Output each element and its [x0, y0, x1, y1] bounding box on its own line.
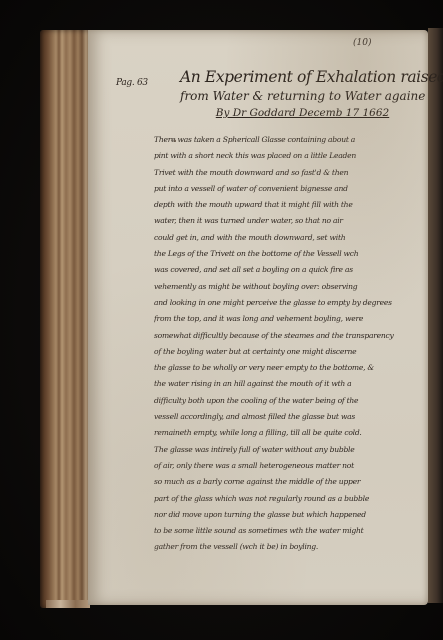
body-line: the glasse to be wholly or very neer emp…	[154, 360, 424, 376]
body-line: somewhat difficultly because of the stea…	[154, 328, 424, 344]
margin-note: Pag. 63	[116, 78, 148, 88]
body-line: depth with the mouth upward that it migh…	[154, 197, 424, 213]
body-line: and looking in one might perceive the gl…	[154, 295, 424, 311]
body-line: from the top, and it was long and veheme…	[154, 311, 424, 327]
body-line: The glasse was intirely full of water wi…	[154, 442, 424, 458]
body-line: Trivet with the mouth downward and so fa…	[154, 165, 424, 181]
body-text: There was taken a Sphericall Glasse cont…	[154, 132, 424, 556]
body-line: vehemently as might be without boyling o…	[154, 279, 424, 295]
page-number: (10)	[353, 38, 371, 48]
body-line: could get in, and with the mouth downwar…	[154, 230, 424, 246]
body-line: gather from the vessell (wch it be) in b…	[154, 539, 424, 555]
body-line: water, then it was turned under water, s…	[154, 213, 424, 229]
body-line: the water rising in an hill against the …	[154, 376, 424, 392]
body-line: remaineth empty, while long a filling, t…	[154, 425, 424, 441]
title-line-2: from Water & returning to Water againe	[180, 88, 425, 105]
body-line: so much as a barly corne against the mid…	[154, 474, 424, 490]
body-line: vessell accordingly, and almost filled t…	[154, 409, 424, 425]
body-line: the Legs of the Trivett on the bottome o…	[154, 246, 424, 262]
title-block: An Experiment of Exhalation raised from …	[180, 66, 425, 122]
book-page-edges	[40, 30, 90, 608]
body-line: difficulty both upon the cooling of the …	[154, 393, 424, 409]
title-line-3: By Dr Goddard Decemb 17 1662	[180, 105, 425, 122]
body-line: of the boyling water but at certainty on…	[154, 344, 424, 360]
title-line-1: An Experiment of Exhalation raised	[180, 66, 425, 88]
body-line: There was taken a Sphericall Glasse cont…	[154, 132, 424, 148]
manuscript-page: (10) Pag. 63 An Experiment of Exhalation…	[88, 30, 428, 605]
body-line: pint with a short neck this was placed o…	[154, 148, 424, 164]
body-line: to be some little sound as sometimes wth…	[154, 523, 424, 539]
body-line: of air, only there was a small heterogen…	[154, 458, 424, 474]
body-line: part of the glass which was not regularl…	[154, 491, 424, 507]
body-line: was covered, and set all set a boyling o…	[154, 262, 424, 278]
body-line: nor did move upon turning the glasse but…	[154, 507, 424, 523]
manuscript-scene: (10) Pag. 63 An Experiment of Exhalation…	[0, 0, 443, 640]
book-bottom-edge	[46, 600, 90, 608]
body-line: put into a vessell of water of convenien…	[154, 181, 424, 197]
facing-page-edge	[428, 28, 443, 603]
